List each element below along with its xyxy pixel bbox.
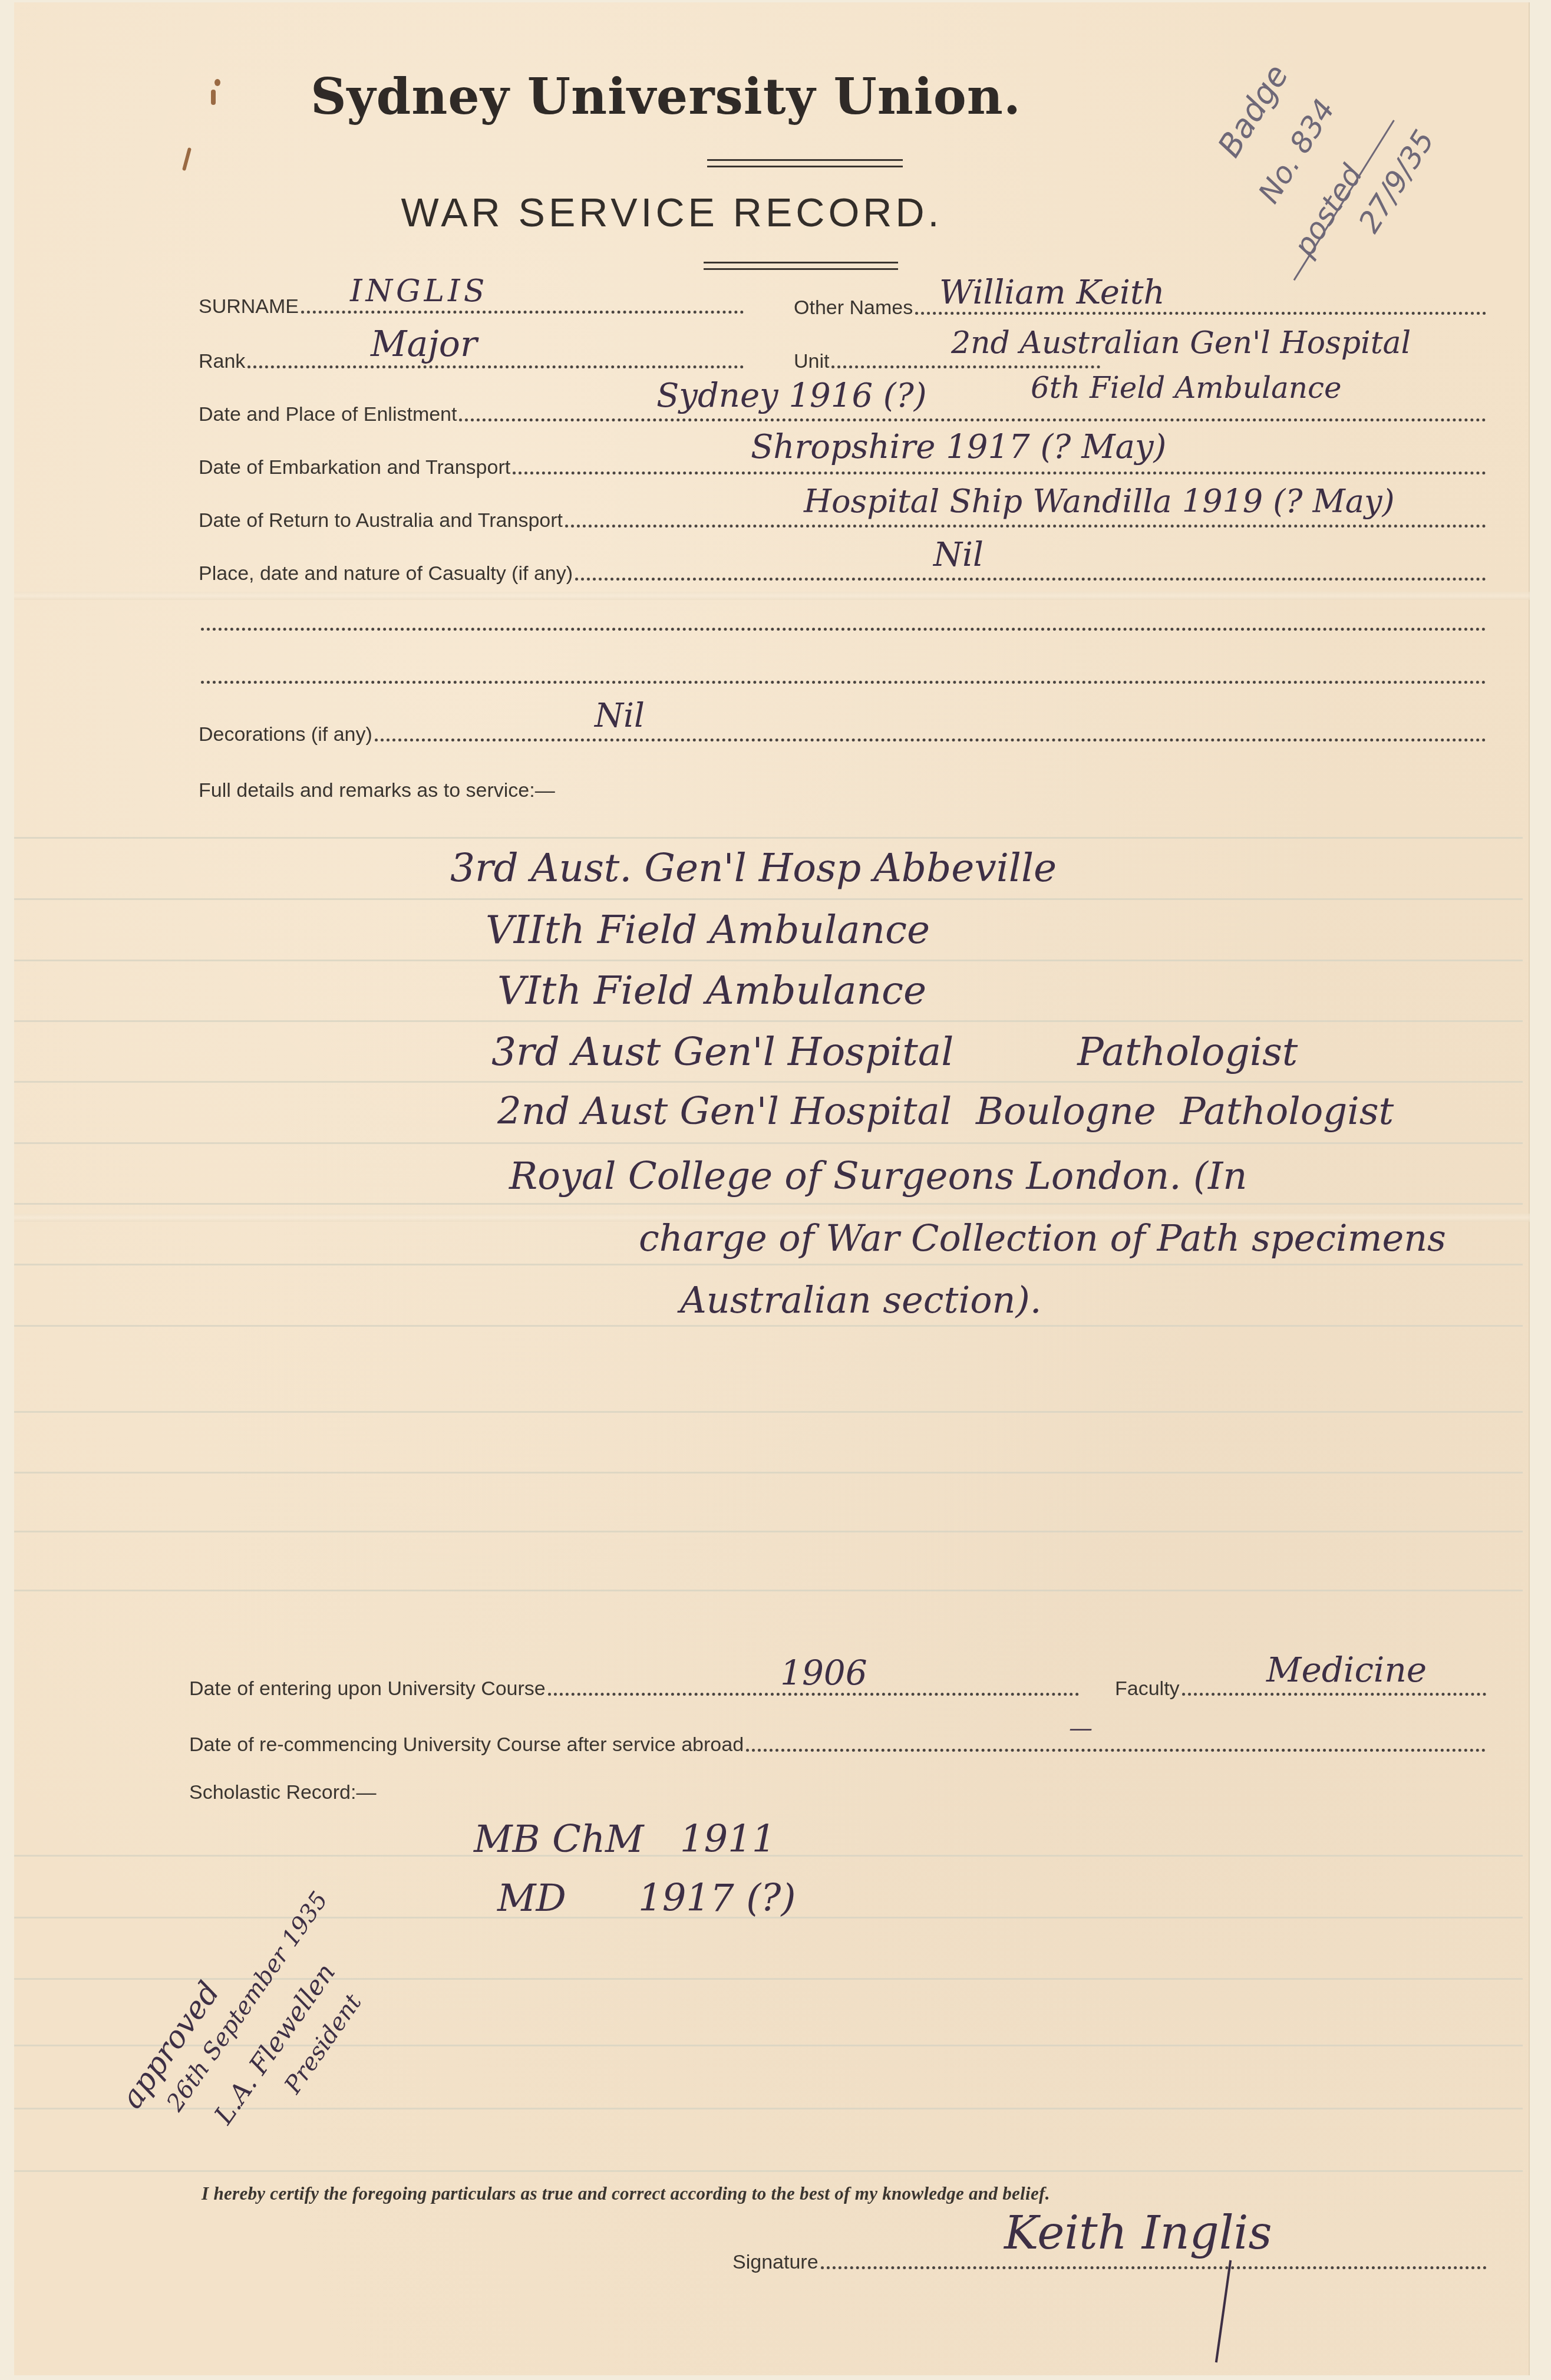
- certification-statement: I hereby certify the foregoing particula…: [202, 2183, 1050, 2204]
- surname-label: SURNAME: [199, 295, 299, 318]
- remarks-line: Royal College of Surgeons London. (In: [509, 1155, 1247, 1198]
- embarkation-label: Date of Embarkation and Transport: [199, 456, 510, 479]
- faculty-label: Faculty: [1115, 1677, 1180, 1700]
- form-paper: Sydney University Union. WAR SERVICE REC…: [14, 2, 1530, 2375]
- remarks-line: VIth Field Ambulance: [497, 968, 926, 1013]
- entering-course-label: Date of entering upon University Course: [189, 1677, 546, 1700]
- remarks-line: VIIth Field Ambulance: [486, 907, 930, 952]
- decorations-field: Decorations (if any): [199, 720, 1486, 746]
- signature-label: Signature: [732, 2251, 819, 2274]
- badge-annotation: Badge No. 834 posted 27/9/35: [1199, 44, 1481, 291]
- scholastic-record-line: MD 1917 (?): [497, 1877, 796, 1920]
- remarks-line: charge of War Collection of Path specime…: [639, 1217, 1446, 1260]
- recommencing-course-label: Date of re-commencing University Course …: [189, 1733, 744, 1756]
- fold-crease: [14, 592, 1530, 600]
- title-divider: [707, 159, 903, 167]
- ink-stain: [182, 147, 192, 171]
- surname-value: INGLIS: [350, 273, 488, 309]
- rank-label: Rank: [199, 350, 245, 373]
- faculty-value: Medicine: [1266, 1650, 1427, 1690]
- entering-course-value: 1906: [780, 1653, 867, 1693]
- remarks-line: Australian section).: [680, 1278, 1041, 1321]
- casualty-value: Nil: [933, 536, 984, 574]
- scholastic-record-label: Scholastic Record:—: [189, 1781, 376, 1804]
- casualty-extra-line-2: [199, 662, 1486, 688]
- casualty-extra-line-1: [199, 609, 1486, 635]
- enlistment-value: Sydney 1916 (?): [656, 377, 927, 415]
- signature-value: Keith Inglis: [1004, 2207, 1272, 2260]
- decorations-label: Decorations (if any): [199, 723, 372, 746]
- other-names-label: Other Names: [794, 296, 913, 319]
- embarkation-value: Shropshire 1917 (? May): [751, 428, 1166, 466]
- recommencing-course-field: Date of re-commencing University Course …: [189, 1730, 1486, 1756]
- remarks-line: 3rd Aust. Gen'l Hosp Abbeville: [450, 845, 1057, 891]
- decorations-value: Nil: [595, 697, 645, 735]
- other-names-value: William Keith: [939, 273, 1164, 312]
- recommencing-course-value: —: [1069, 1715, 1093, 1742]
- remarks-line: 3rd Aust Gen'l Hospital Pathologist: [491, 1029, 1298, 1074]
- signature-stroke: [1215, 2260, 1232, 2363]
- enlistment-label: Date and Place of Enlistment: [199, 403, 457, 426]
- title-divider: [704, 262, 898, 270]
- unit-label: Unit: [794, 350, 829, 373]
- casualty-field: Place, date and nature of Casualty (if a…: [199, 559, 1486, 585]
- entering-course-field: Date of entering upon University Course: [189, 1674, 1079, 1700]
- scholastic-record-line: MB ChM 1911: [474, 1818, 776, 1861]
- return-value: Hospital Ship Wandilla 1919 (? May): [804, 483, 1395, 520]
- unit-value-line1: 2nd Australian Gen'l Hospital: [951, 325, 1411, 361]
- rank-value: Major: [371, 324, 477, 365]
- return-label: Date of Return to Australia and Transpor…: [199, 509, 563, 532]
- remarks-label: Full details and remarks as to service:—: [199, 779, 555, 802]
- remarks-line: 2nd Aust Gen'l Hospital Boulogne Patholo…: [497, 1090, 1394, 1133]
- casualty-label: Place, date and nature of Casualty (if a…: [199, 562, 573, 585]
- approval-note: approved 26th September 1935 L.A. Flewel…: [103, 1847, 480, 2112]
